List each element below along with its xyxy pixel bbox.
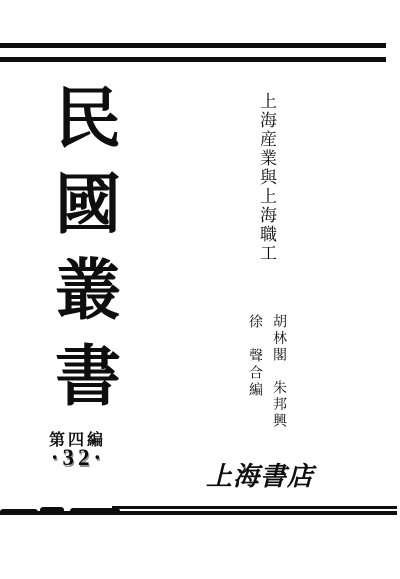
series-title-char: 民 — [50, 85, 126, 157]
series-title-char: 叢 — [50, 257, 126, 329]
scanned-title-page: 民 國 叢 書 第四編 ·32· 上海産業與上海職工 胡林閣 朱邦興 徐 聲合編… — [0, 0, 400, 579]
bottom-double-rule-upper — [112, 506, 397, 509]
book-title-vertical: 上海産業與上海職工 — [254, 92, 279, 263]
series-number-label: ·32· — [34, 445, 122, 471]
editors-column-left: 徐 聲合編 — [244, 314, 264, 399]
series-title-char: 書 — [50, 343, 126, 415]
top-double-rule-lower — [0, 57, 386, 62]
ink-smudge — [70, 508, 120, 514]
editors-column-right: 胡林閣 朱邦興 — [268, 314, 288, 430]
top-double-rule-upper — [0, 43, 386, 48]
ink-smudge — [0, 509, 38, 515]
ink-smudge — [40, 507, 64, 514]
publisher-name: 上海書店 — [206, 456, 316, 493]
series-title-char: 國 — [50, 171, 126, 243]
